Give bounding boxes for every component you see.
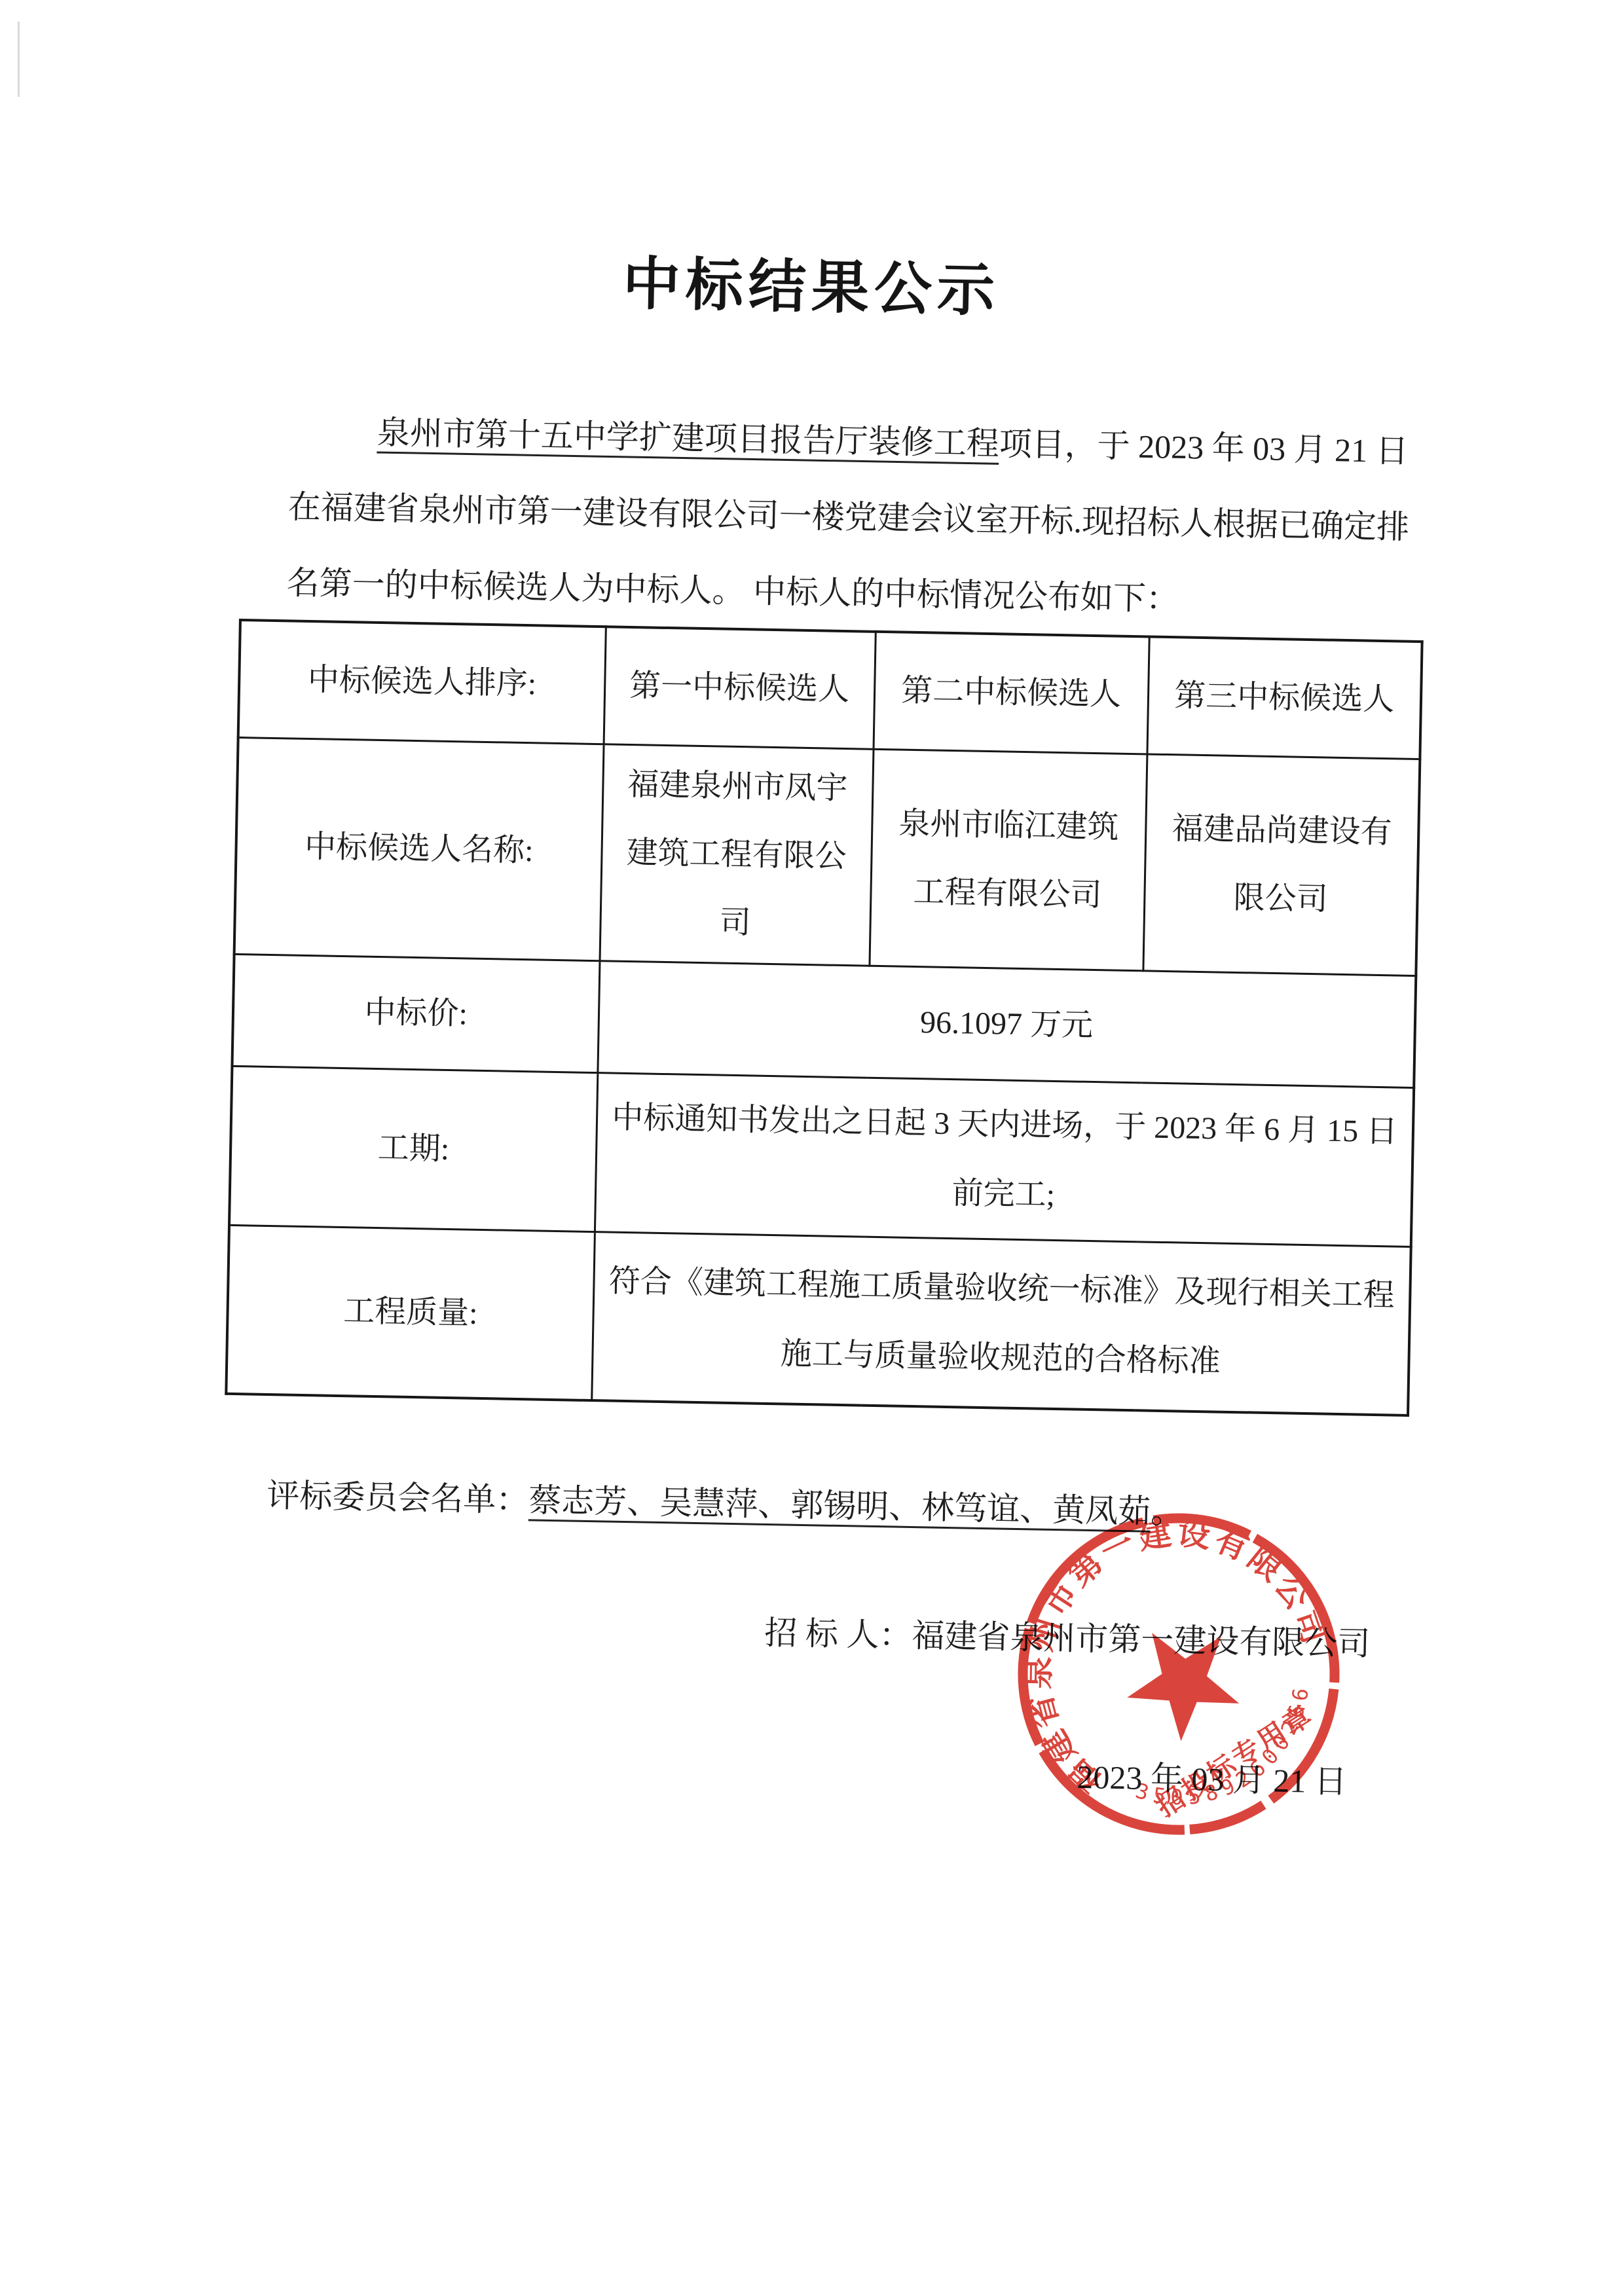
- quality-line-1: 符合《建筑工程施工质量验收统一标准》及现行相关工程: [604, 1247, 1399, 1330]
- duration-line-2: 前完工;: [606, 1152, 1401, 1236]
- cell-second-candidate-header: 第二中标候选人: [874, 632, 1149, 754]
- cell-third-candidate-name: 福建品尚建设有限公司: [1143, 754, 1420, 976]
- paragraph-line-1-rest: 项目，于 2023 年 03 月 21 日: [999, 426, 1409, 469]
- table-row-price: 中标价: 96.1097 万元: [232, 954, 1416, 1087]
- cell-duration-value: 中标通知书发出之日起 3 天内进场，于 2023 年 6 月 15 日 前完工;: [595, 1073, 1414, 1247]
- cell-third-candidate-header: 第三中标候选人: [1147, 636, 1422, 759]
- cell-rank-label: 中标候选人排序:: [238, 620, 606, 744]
- bidder-label: 招 标 人：: [764, 1614, 912, 1654]
- table-row-names: 中标候选人名称: 福建泉州市凤宇建筑工程有限公司 泉州市临江建筑工程有限公司 福…: [234, 738, 1420, 976]
- page-title: 中标结果公示: [0, 241, 1624, 334]
- table-row-duration: 工期: 中标通知书发出之日起 3 天内进场，于 2023 年 6 月 15 日 …: [229, 1066, 1414, 1247]
- project-name-underlined: 泉州市第十五中学扩建项目报告厅装修工程: [377, 414, 999, 462]
- stamp-star-icon: [1105, 1602, 1257, 1753]
- cell-price-value: 96.1097 万元: [597, 961, 1416, 1088]
- duration-line-1: 中标通知书发出之日起 3 天内进场，于 2023 年 6 月 15 日: [608, 1083, 1402, 1167]
- cell-first-candidate-name: 福建泉州市凤宇建筑工程有限公司: [600, 744, 874, 966]
- table-row-quality: 工程质量: 符合《建筑工程施工质量验收统一标准》及现行相关工程 施工与质量验收规…: [226, 1225, 1411, 1415]
- table-row-ranking: 中标候选人排序: 第一中标候选人 第二中标候选人 第三中标候选人: [238, 620, 1422, 759]
- cell-quality-label: 工程质量:: [226, 1225, 595, 1400]
- quality-line-2: 施工与质量验收规范的合格标准: [603, 1316, 1397, 1400]
- scan-artifact: [18, 22, 20, 97]
- document-page: 中标结果公示 泉州市第十五中学扩建项目报告厅装修工程项目，于 2023 年 03…: [0, 0, 1624, 2296]
- cell-quality-value: 符合《建筑工程施工质量验收统一标准》及现行相关工程 施工与质量验收规范的合格标准: [591, 1232, 1411, 1415]
- cell-duration-label: 工期:: [229, 1066, 597, 1231]
- bid-result-table: 中标候选人排序: 第一中标候选人 第二中标候选人 第三中标候选人 中标候选人名称…: [225, 619, 1423, 1417]
- cell-first-candidate-header: 第一中标候选人: [604, 627, 876, 749]
- company-stamp: 福建省泉州市第一建设有限公司 招投标专用章 3505892600266: [982, 1478, 1375, 1870]
- intro-paragraph: 泉州市第十五中学扩建项目报告厅装修工程项目，于 2023 年 03 月 21 日…: [286, 393, 1397, 641]
- jury-label: 评标委员会名单：: [267, 1477, 529, 1518]
- cell-second-candidate-name: 泉州市临江建筑工程有限公司: [869, 749, 1147, 971]
- cell-name-label: 中标候选人名称:: [234, 738, 604, 961]
- cell-price-label: 中标价:: [232, 954, 599, 1072]
